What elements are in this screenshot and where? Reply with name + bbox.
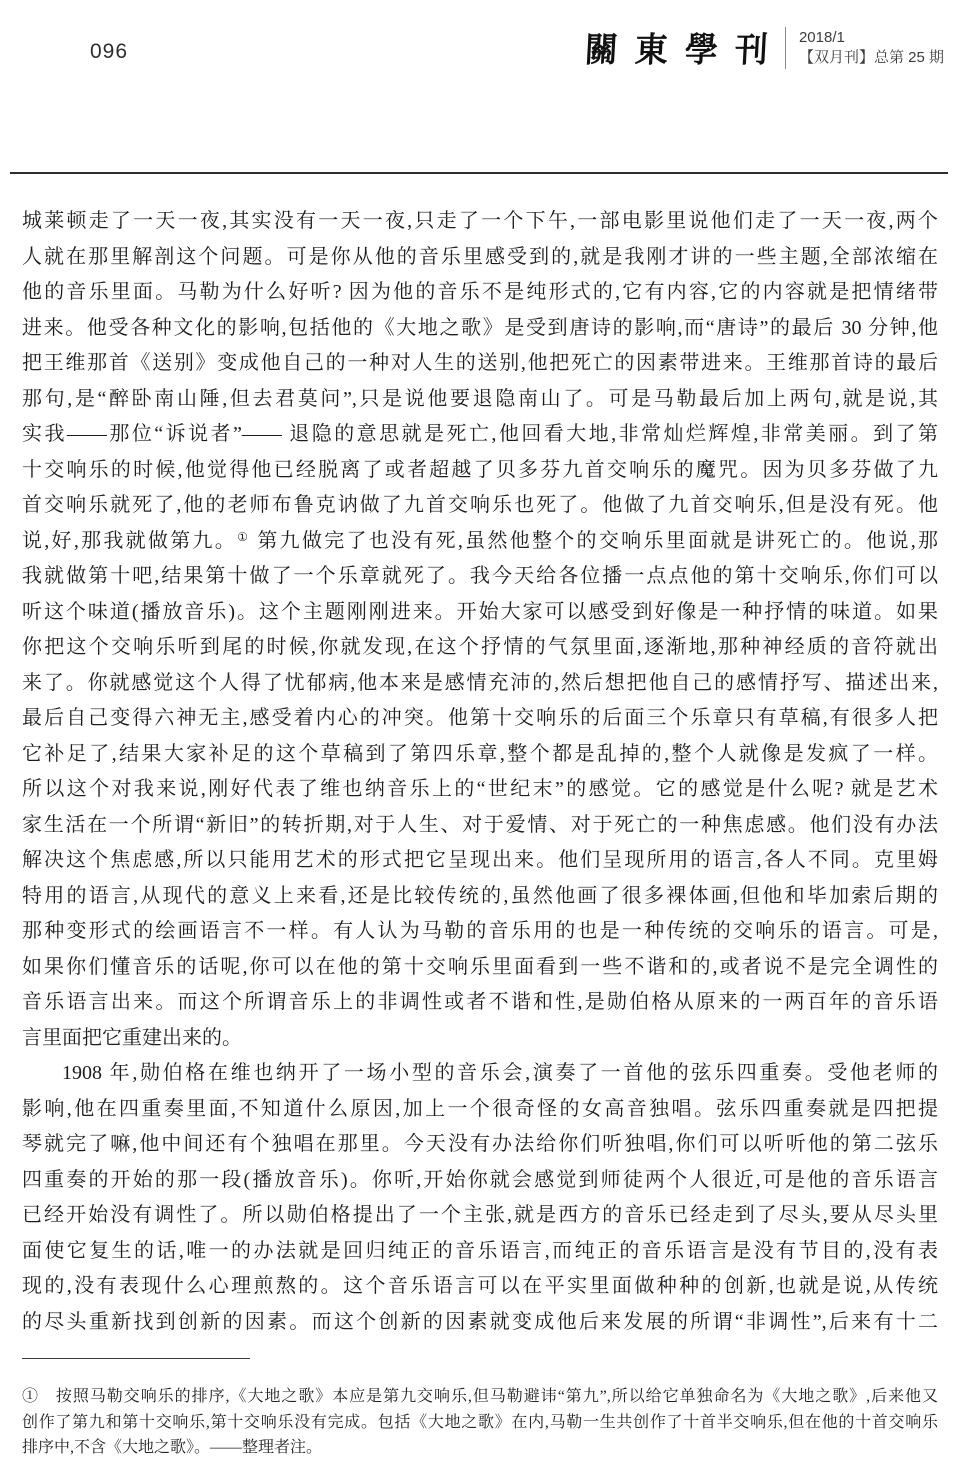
footnote-rule <box>22 1358 250 1359</box>
body-line: 把王维那首《送别》变成他自己的一种对人生的送别,他把死亡的因素带进来。王维那首诗… <box>22 346 938 382</box>
body-line: 琴就完了嘛,他中间还有个独唱在那里。今天没有办法给你们听独唱,你们可以听听他的第… <box>22 1127 938 1163</box>
body-line: 它补足了,结果大家补足的这个草稿到了第四乐章,整个都是乱掉的,整个人就像是发疯了… <box>22 737 938 773</box>
body-line: 那句,是“醉卧南山陲,但去君莫问”,只是说他要退隐南山了。可是马勒最后加上两句,… <box>22 382 938 418</box>
body-line: 他的音乐里面。马勒为什么好听? 因为他的音乐不是纯形式的,它有内容,它的内容就是… <box>22 275 938 311</box>
issue-info: 2018/1 【双月刊】总第 25 期 <box>799 28 944 68</box>
issue-year-number: 2018/1 <box>799 28 944 48</box>
body-line: 我就做第十吧,结果第十做了一个乐章就死了。我今天给各位播一点点他的第十交响乐,你… <box>22 559 938 595</box>
body-line: 说,好,那我就做第九。① 第九做完了也没有死,虽然他整个的交响乐里面就是讲死亡的… <box>22 524 938 560</box>
body-line: 那种变形式的绘画语言不一样。有人认为马勒的音乐用的也是一种传统的交响乐的语言。可… <box>22 914 938 950</box>
footnote-line: ① 按照马勒交响乐的排序,《大地之歌》本应是第九交响乐,但马勒避讳“第九”,所以… <box>22 1384 938 1410</box>
body-line: 特用的语言,从现代的意义上来看,还是比较传统的,虽然他画了很多裸体画,但他和毕加… <box>22 879 938 915</box>
body-line: 1908 年,勋伯格在维也纳开了一场小型的音乐会,演奏了一首他的弦乐四重奏。受他… <box>22 1056 938 1092</box>
body-line: 影响,他在四重奏里面,不知道什么原因,加上一个很奇怪的女高音独唱。弦乐四重奏就是… <box>22 1092 938 1128</box>
body-line: 人就在那里解剖这个问题。可是你从他的音乐里感受到的,就是我刚才讲的一些主题,全部… <box>22 240 938 276</box>
body-line: 你把这个交响乐听到尾的时候,你就发现,在这个抒情的气氛里面,逐渐地,那种神经质的… <box>22 630 938 666</box>
body-line: 如果你们懂音乐的话呢,你可以在他的第十交响乐里面看到一些不谐和的,或者说不是完全… <box>22 950 938 986</box>
footnote-line: 创作了第九和第十交响乐,第十交响乐没有完成。包括《大地之歌》在内,马勒一生共创作… <box>22 1410 938 1436</box>
footnote: ① 按照马勒交响乐的排序,《大地之歌》本应是第九交响乐,但马勒避讳“第九”,所以… <box>22 1384 938 1461</box>
journal-title: 關東學刊 <box>584 23 787 72</box>
masthead: 關東學刊 2018/1 【双月刊】总第 25 期 <box>585 24 944 71</box>
body-line: 解决这个焦虑感,所以只能用艺术的形式把它呈现出来。他们呈现所用的语言,各人不同。… <box>22 843 938 879</box>
header-rule <box>10 172 948 174</box>
body-line: 听这个味道(播放音乐)。这个主题刚刚进来。开始大家可以感受到好像是一种抒情的味道… <box>22 595 938 631</box>
body-line: 已经开始没有调性了。所以勋伯格提出了一个主张,就是西方的音乐已经走到了尽头,要从… <box>22 1198 938 1234</box>
body-line: 实我——那位“诉说者”—— 退隐的意思就是死亡,他回看大地,非常灿烂辉煌,非常美… <box>22 417 938 453</box>
body-line: 最后自己变得六神无主,感受着内心的冲突。他第十交响乐的后面三个乐章只有草稿,有很… <box>22 701 938 737</box>
body-line: 来了。你就感觉这个人得了忧郁病,他本来是感情充沛的,然后想把他自己的感情抒写、描… <box>22 666 938 702</box>
body-line: 十交响乐的时候,他觉得他已经脱离了或者超越了贝多芬九首交响乐的魔咒。因为贝多芬做… <box>22 453 938 489</box>
body-line: 面使它复生的话,唯一的办法就是回归纯正的音乐语言,而纯正的音乐语言是没有节目的,… <box>22 1234 938 1270</box>
body-line: 现的,没有表现什么心理煎熬的。这个音乐语言可以在平实里面做种种的创新,也就是说,… <box>22 1269 938 1305</box>
body-line: 四重奏的开始的那一段(播放音乐)。你听,开始你就会感觉到师徒两个人很近,可是他的… <box>22 1163 938 1199</box>
body-line: 城莱顿走了一天一夜,其实没有一天一夜,只走了一个下午,一部电影里说他们走了一天一… <box>22 204 938 240</box>
body-line: 首交响乐就死了,他的老师布鲁克讷做了九首交响乐也死了。他做了九首交响乐,但是没有… <box>22 488 938 524</box>
paragraph: 1908 年,勋伯格在维也纳开了一场小型的音乐会,演奏了一首他的弦乐四重奏。受他… <box>22 1056 938 1340</box>
issue-frequency-total: 【双月刊】总第 25 期 <box>799 48 944 68</box>
body-line: 言里面把它重建出来的。 <box>22 1021 938 1057</box>
body-text: 城莱顿走了一天一夜,其实没有一天一夜,只走了一个下午,一部电影里说他们走了一天一… <box>22 204 938 1340</box>
footnote-line: 排序中,不含《大地之歌》。——整理者注。 <box>22 1435 938 1461</box>
body-line: 音乐语言出来。而这个所谓音乐上的非调性或者不谐和性,是勋伯格从原来的一两百年的音… <box>22 985 938 1021</box>
body-line: 的尽头重新找到创新的因素。而这个创新的因素就变成他后来发展的所谓“非调性”,后来… <box>22 1305 938 1341</box>
body-line: 进来。他受各种文化的影响,包括他的《大地之歌》是受到唐诗的影响,而“唐诗”的最后… <box>22 311 938 347</box>
journal-page: 096 關東學刊 2018/1 【双月刊】总第 25 期 城莱顿走了一天一夜,其… <box>0 0 958 1476</box>
paragraph: 城莱顿走了一天一夜,其实没有一天一夜,只走了一个下午,一部电影里说他们走了一天一… <box>22 204 938 1056</box>
footnote-ref-marker: ① <box>237 530 250 544</box>
body-line: 家生活在一个所谓“新旧”的转折期,对于人生、对于爱情、对于死亡的一种焦虑感。他们… <box>22 808 938 844</box>
page-number: 096 <box>90 40 128 64</box>
body-line: 所以这个对我来说,刚好代表了维也纳音乐上的“世纪末”的感觉。它的感觉是什么呢? … <box>22 772 938 808</box>
